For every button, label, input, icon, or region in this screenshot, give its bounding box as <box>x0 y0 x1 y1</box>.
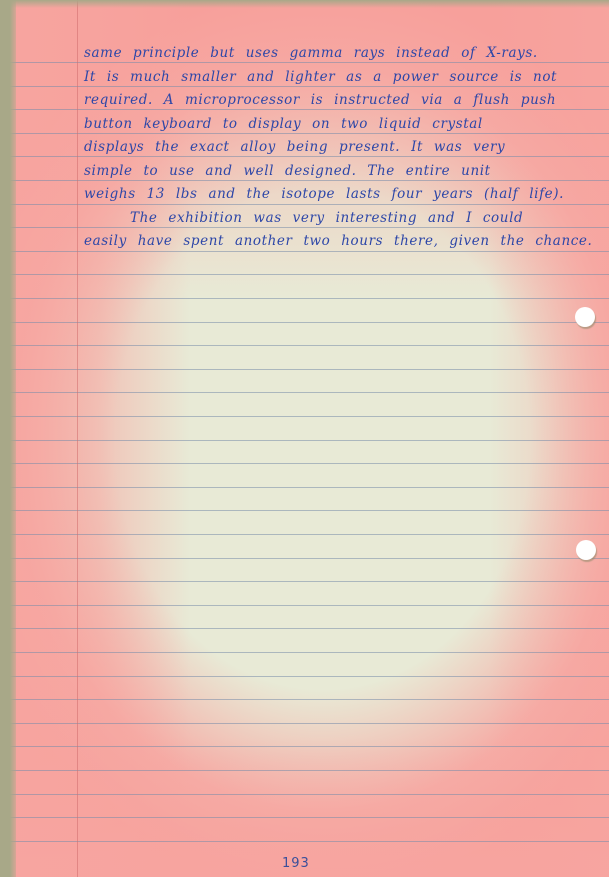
punch-hole-lower <box>576 540 596 560</box>
punch-hole-upper <box>575 307 595 327</box>
text-line: button keyboard to display on two liquid… <box>84 113 604 137</box>
ruled-line <box>0 510 609 511</box>
ruled-line <box>0 723 609 724</box>
ruled-line <box>0 652 609 653</box>
text-line: displays the exact alloy being present. … <box>84 136 604 160</box>
page-number: 193 <box>282 856 310 871</box>
ruled-line <box>0 440 609 441</box>
handwritten-text: same principle but uses gamma rays inste… <box>84 42 604 254</box>
page-edge-left <box>0 0 16 877</box>
text-line: required. A microprocessor is instructed… <box>84 89 604 113</box>
text-line: It is much smaller and lighter as a powe… <box>84 66 604 90</box>
ruled-line <box>0 487 609 488</box>
text-line-paragraph-start: The exhibition was very interesting and … <box>84 207 604 231</box>
ruled-line <box>0 628 609 629</box>
notebook-page: same principle but uses gamma rays inste… <box>0 0 609 877</box>
ruled-line <box>0 534 609 535</box>
ruled-line <box>0 794 609 795</box>
ruled-line <box>0 369 609 370</box>
ruled-line <box>0 463 609 464</box>
ruled-line <box>0 274 609 275</box>
text-line: weighs 13 lbs and the isotope lasts four… <box>84 183 604 207</box>
ruled-line <box>0 605 609 606</box>
ruled-line <box>0 817 609 818</box>
ruled-line <box>0 746 609 747</box>
text-line: simple to use and well designed. The ent… <box>84 160 604 184</box>
margin-line <box>77 0 78 877</box>
ruled-line <box>0 322 609 323</box>
ruled-line <box>0 416 609 417</box>
text-line: easily have spent another two hours ther… <box>84 230 604 254</box>
text-line: same principle but uses gamma rays inste… <box>84 42 604 66</box>
ruled-line <box>0 345 609 346</box>
ruled-line <box>0 298 609 299</box>
ruled-line <box>0 581 609 582</box>
ruled-line <box>0 770 609 771</box>
ruled-line <box>0 392 609 393</box>
ruled-line <box>0 699 609 700</box>
ruled-line <box>0 841 609 842</box>
page-edge-top <box>0 0 609 8</box>
ruled-line <box>0 558 609 559</box>
ruled-line <box>0 676 609 677</box>
